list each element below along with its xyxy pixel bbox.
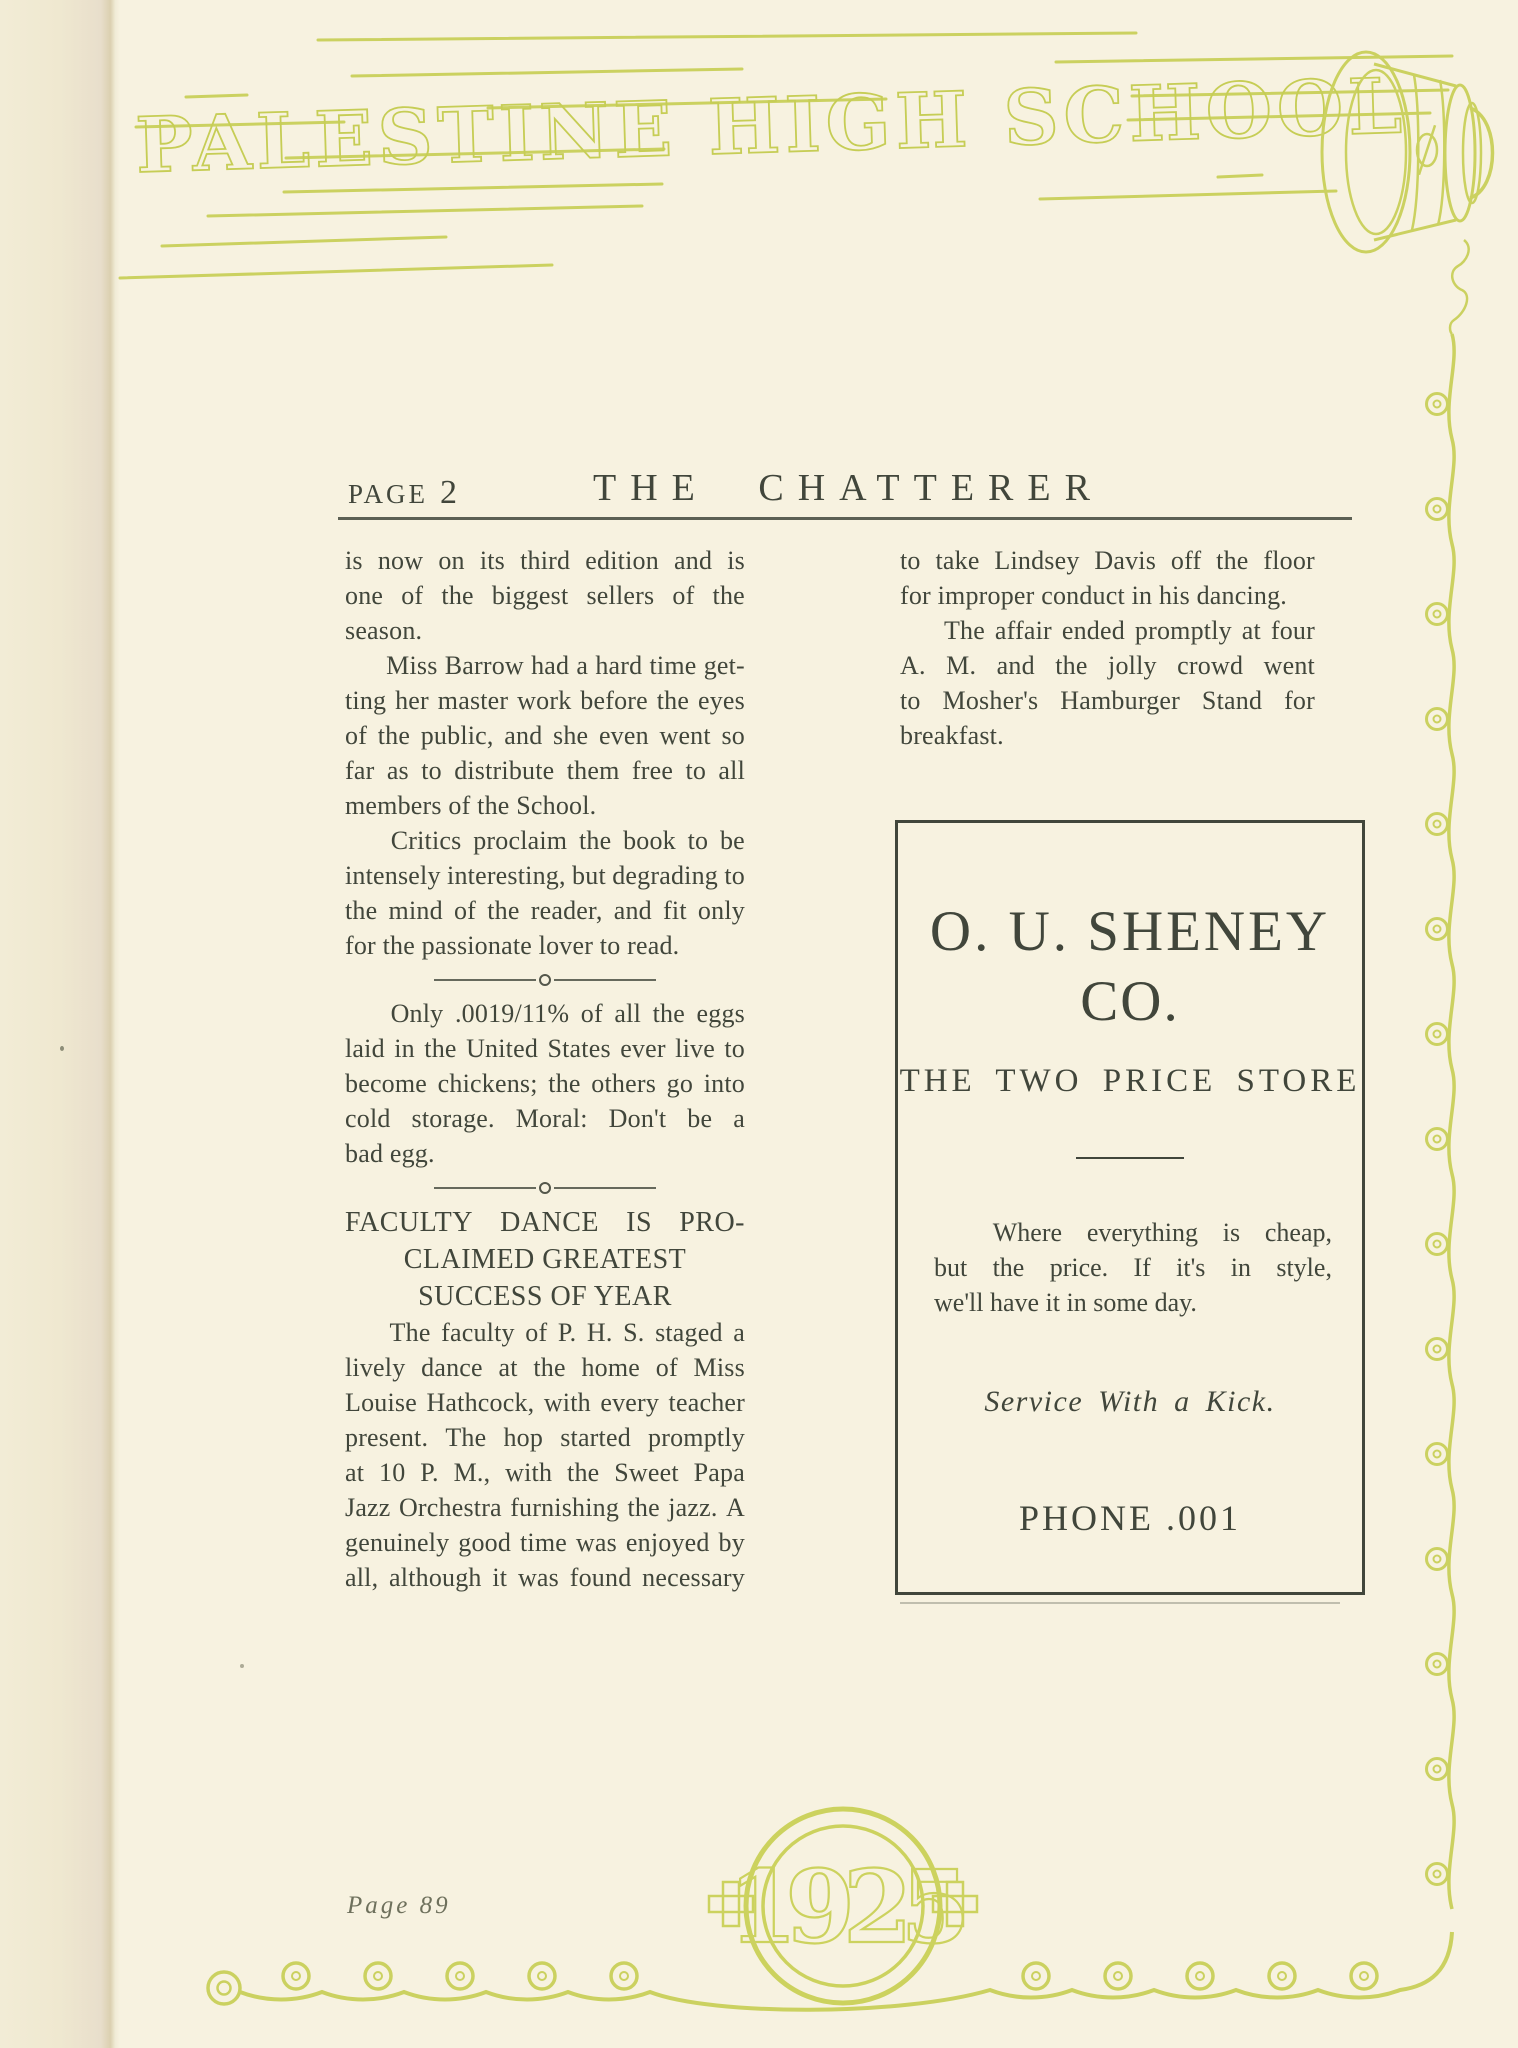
text-line: toMosher'sHamburgerStandfor: [900, 683, 1315, 718]
divider-circle-icon: [539, 974, 551, 986]
text-line: ofthepublic,andsheevenwentso: [345, 718, 745, 753]
text-line: bad egg.: [345, 1136, 745, 1171]
text-line: oneofthebiggestsellersofthe: [345, 578, 745, 613]
section-divider: [345, 963, 745, 996]
year-1925-medallion: 1925: [709, 1809, 977, 2003]
text-line: totakeLindseyDavisoffthefloor: [900, 543, 1315, 578]
text-line: becomechickens;theothersgointo: [345, 1066, 745, 1101]
section-divider: [345, 1171, 745, 1204]
divider-line: [554, 979, 656, 981]
text-line: at10P.M.,withtheSweetPapa: [345, 1455, 745, 1490]
divider-line: [434, 979, 536, 981]
advertisement-box: O. U. SHENEY CO. THE TWO PRICE STORE Whe…: [895, 820, 1365, 1595]
banner-title: PALESTINE HIGH SCHOOL: [134, 61, 1408, 190]
text-line: MissBarrowhadahardtimeget-: [345, 648, 745, 683]
text-line: tinghermasterworkbeforetheeyes: [345, 683, 745, 718]
page-footer-number: Page 89: [347, 1892, 451, 1920]
text-line: Only.0019/11%ofalltheeggs: [345, 996, 745, 1031]
text-line: for improper conduct in his dancing.: [900, 578, 1315, 613]
text-line: Criticsproclaimthebooktobe: [345, 823, 745, 858]
text-line: farastodistributethemfreetoall: [345, 753, 745, 788]
text-line: Theaffairendedpromptlyatfour: [900, 613, 1315, 648]
text-line: for the passionate lover to read.: [345, 928, 745, 963]
ad-divider-rule: [1076, 1157, 1184, 1159]
left-text-column: isnowonitsthirdeditionandisoneofthebigge…: [345, 543, 745, 1595]
text-line: all,althoughitwasfoundnecessary: [345, 1560, 745, 1595]
text-line: isnowonitsthirdeditionandis: [345, 543, 745, 578]
ad-phone: PHONE .001: [898, 1497, 1362, 1539]
text-line: intenselyinteresting,butdegradingto: [345, 858, 745, 893]
text-line: livelydanceatthehomeofMiss: [345, 1350, 745, 1385]
text-line: genuinelygoodtimewasenjoyedby: [345, 1525, 745, 1560]
text-line: breakfast.: [900, 718, 1315, 753]
divider-circle-icon: [539, 1182, 551, 1194]
divider-line: [554, 1187, 656, 1189]
text-line: LouiseHathcock,witheveryteacher: [345, 1385, 745, 1420]
text-line: A.M.andthejollycrowdwent: [900, 648, 1315, 683]
newspaper-title: THE CHATTERER: [345, 466, 1352, 510]
headline-line: SUCCESS OF YEAR: [345, 1278, 745, 1315]
text-line: Whereeverythingischeap,: [934, 1215, 1332, 1250]
text-line: season.: [345, 613, 745, 648]
scan-speck: [240, 1664, 244, 1668]
text-line: we'll have it in some day.: [934, 1285, 1332, 1320]
text-line: laidintheUnitedStateseverliveto: [345, 1031, 745, 1066]
ad-slogan: Service With a Kick.: [898, 1385, 1362, 1419]
advertiser-tagline: THE TWO PRICE STORE: [898, 1063, 1362, 1100]
headline-line: CLAIMED GREATEST: [345, 1241, 745, 1278]
scan-speck: [60, 1046, 64, 1051]
advertiser-name-line2: CO.: [898, 969, 1362, 1034]
ad-box-print-shadow: [900, 1602, 1340, 1604]
text-line: themindofthereader,andfitonly: [345, 893, 745, 928]
year-monogram: 1925: [728, 1848, 964, 1966]
phi-detail-icon: [1417, 125, 1437, 174]
divider-line: [434, 1187, 536, 1189]
yearbook-page: PALESTINE HIGH SCHOOL 1925: [0, 0, 1518, 2048]
right-scroll-border: [1427, 334, 1455, 1909]
right-text-column: totakeLindseyDavisoffthefloorfor imprope…: [900, 543, 1315, 753]
text-line: coldstorage.Moral:Don'tbea: [345, 1101, 745, 1136]
masthead-rule: [338, 517, 1352, 520]
text-line: present.Thehopstartedpromptly: [345, 1420, 745, 1455]
text-line: buttheprice.Ifit'sinstyle,: [934, 1250, 1332, 1285]
text-line: ThefacultyofP.H.S.stageda: [345, 1315, 745, 1350]
advertiser-name-line1: O. U. SHENEY: [898, 899, 1362, 964]
text-line: members of the School.: [345, 788, 745, 823]
ad-body-text: Whereeverythingischeap,buttheprice.Ifit'…: [934, 1215, 1332, 1320]
headline-line: FACULTYDANCEISPRO-: [345, 1204, 745, 1241]
text-line: JazzOrchestrafurnishingthejazz.A: [345, 1490, 745, 1525]
